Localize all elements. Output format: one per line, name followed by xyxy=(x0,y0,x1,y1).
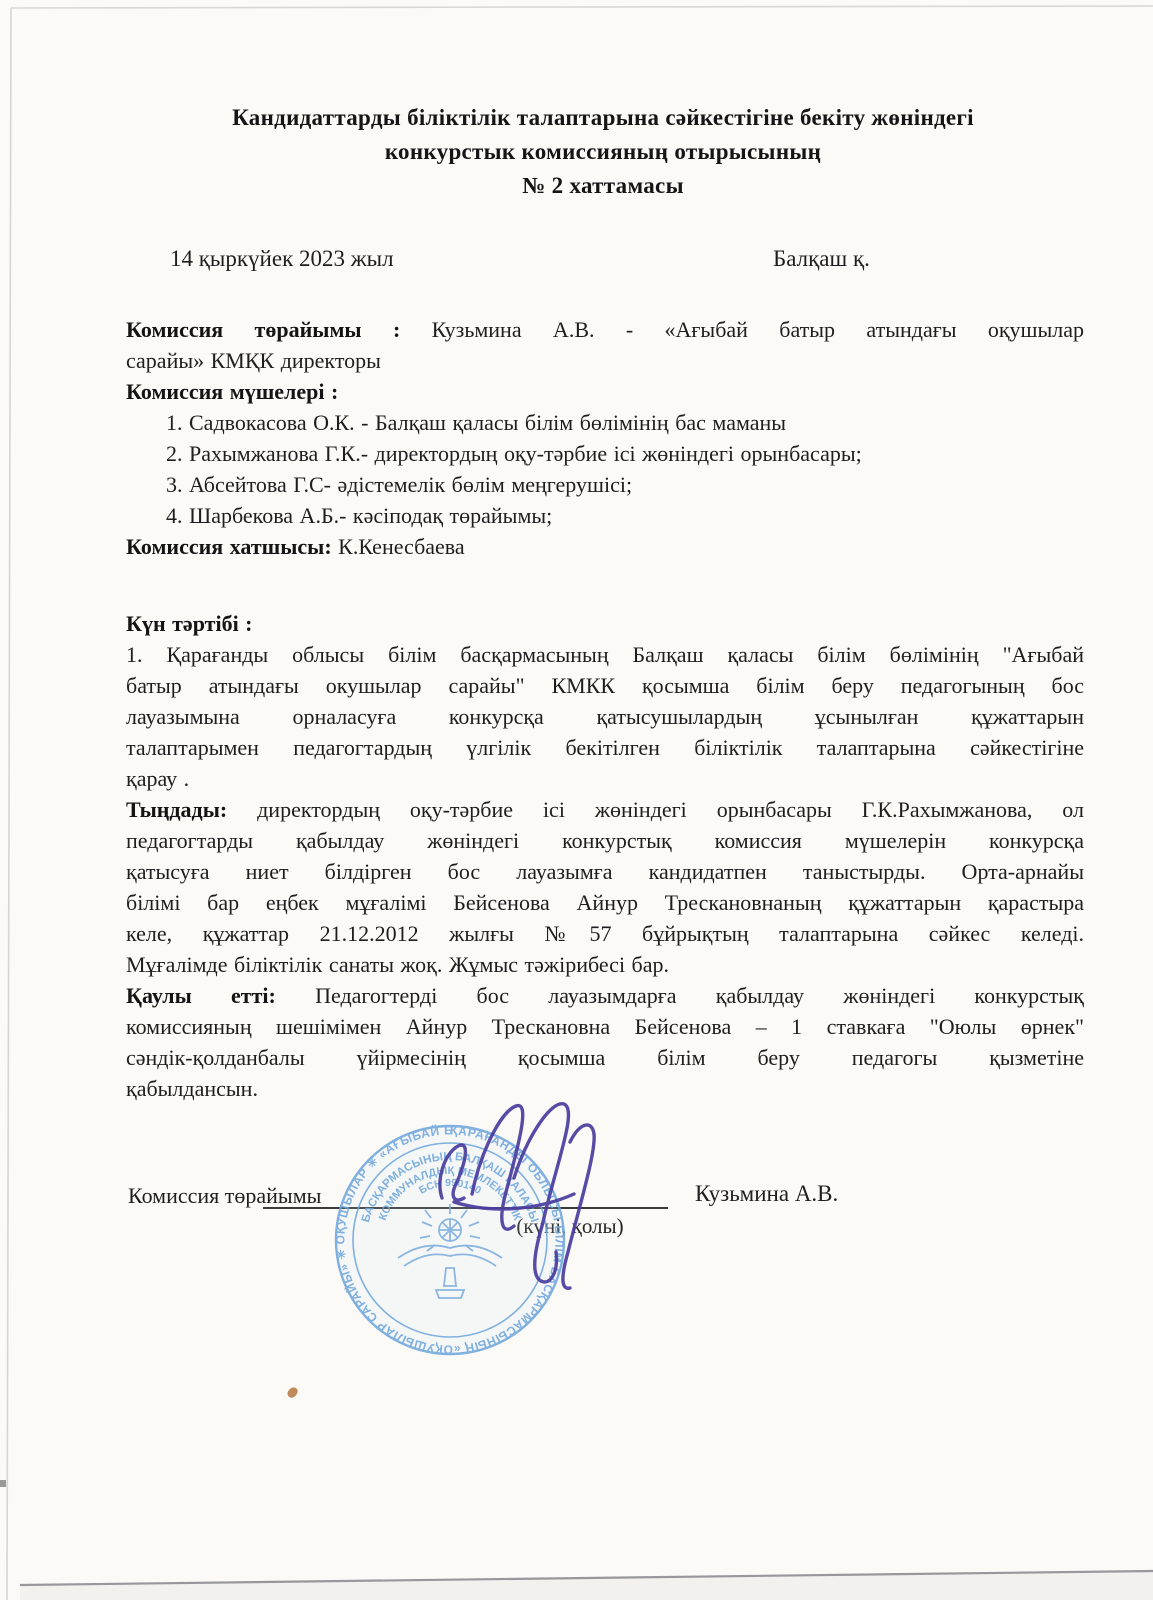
document-line: 1. Қарағанды облысы білім басқармасының … xyxy=(126,639,1084,670)
document-line: Комиссия төрайымы : Кузьмина А.В. - «Ағы… xyxy=(126,314,1084,345)
line-text: талаптарымен педагогтардың үлгілік бекіт… xyxy=(126,735,1084,760)
paper-speck xyxy=(286,1386,299,1400)
line-text: К.Кенесбаева xyxy=(332,534,465,559)
document-body: Комиссия төрайымы : Кузьмина А.В. - «Ағы… xyxy=(126,314,1084,1104)
line-text: білімі бар еңбек мұғалімі Бейсенова Айну… xyxy=(126,890,1084,915)
line-text: Педагогтерді бос лауазымдарға қабылдау ж… xyxy=(276,983,1084,1008)
document-line: педагогтарды қабылдау жөніндегі конкурст… xyxy=(126,825,1084,856)
line-lead-bold: Комиссия хатшысы: xyxy=(126,534,332,559)
document-line: қарау . xyxy=(126,763,1084,794)
line-text: қабылдансын. xyxy=(126,1076,258,1101)
document-line: 3. Абсейтова Г.С- әдістемелік бөлім меңг… xyxy=(126,469,1084,500)
line-text: 4. Шарбекова А.Б.- кәсіподақ төрайымы; xyxy=(166,503,552,528)
document-line: Қаулы етті: Педагогтерді бос лауазымдарғ… xyxy=(126,980,1084,1011)
line-text: сарайы» КМҚК директоры xyxy=(126,348,381,373)
document-line: келе, құжаттар 21.12.2012 жылғы №57 бұйр… xyxy=(126,918,1084,949)
line-text: 2. Рахымжанова Г.К.- директордың оқу-тәр… xyxy=(166,441,862,466)
line-text: 1. Садвокасова О.К. - Балқаш қаласы білі… xyxy=(166,410,786,435)
line-lead-bold: Қаулы етті: xyxy=(126,983,276,1008)
title-line-1: Кандидаттарды біліктілік талаптарына сәй… xyxy=(120,101,1086,135)
document-line: 4. Шарбекова А.Б.- кәсіподақ төрайымы; xyxy=(126,500,1084,531)
line-text: педагогтарды қабылдау жөніндегі конкурст… xyxy=(126,828,1084,853)
line-text: 3. Абсейтова Г.С- әдістемелік бөлім меңг… xyxy=(166,472,632,497)
document-line: білімі бар еңбек мұғалімі Бейсенова Айну… xyxy=(126,887,1084,918)
document-line: лауазымына орналасуға конкурсқа қатысушы… xyxy=(126,701,1084,732)
document-date: 14 қыркүйек 2023 жыл xyxy=(170,246,394,272)
line-lead-bold: Комиссия төрайымы : xyxy=(126,317,400,342)
document-line: талаптарымен педагогтардың үлгілік бекіт… xyxy=(126,732,1084,763)
line-text: лауазымына орналасуға конкурсқа қатысушы… xyxy=(126,704,1084,729)
scanned-document-page: Кандидаттарды біліктілік талаптарына сәй… xyxy=(0,0,1153,1600)
line-text: батыр атындағы окушылар сарайы" КМКК қос… xyxy=(126,673,1084,698)
line-text: қатысуға ниет білдірген бос лауазымға ка… xyxy=(126,859,1084,884)
line-text: қарау . xyxy=(126,766,189,791)
line-lead-bold: Комиссия мүшелері : xyxy=(126,379,338,404)
line-lead-bold: Тыңдады: xyxy=(126,797,227,822)
line-text: 1. Қарағанды облысы білім басқармасының … xyxy=(126,642,1084,667)
handwritten-signature xyxy=(430,1094,610,1304)
line-text: Мұғалімде біліктілік санаты жоқ. Жұмыс т… xyxy=(126,952,669,977)
document-line: комиссияның шешімімен Айнур Трескановна … xyxy=(126,1011,1084,1042)
document-line: 1. Садвокасова О.К. - Балқаш қаласы білі… xyxy=(126,407,1084,438)
document-line: сәндік-қолданбалы үйірмесінің қосымша бі… xyxy=(126,1042,1084,1073)
line-lead-bold: Күн тәртібі : xyxy=(126,611,253,636)
document-line: 2. Рахымжанова Г.К.- директордың оқу-тәр… xyxy=(126,438,1084,469)
title-line-2: конкурстык комиссияның отырысының xyxy=(120,135,1086,169)
document-title: Кандидаттарды біліктілік талаптарына сәй… xyxy=(120,101,1086,203)
document-line: Күн тәртібі : xyxy=(126,608,1084,639)
line-text: директордың оқу-тәрбие ісі жөніндегі оры… xyxy=(227,797,1084,822)
signature-name: Кузьмина А.В. xyxy=(695,1181,838,1207)
line-text: Кузьмина А.В. - «Ағыбай батыр атындағы о… xyxy=(400,317,1084,342)
document-line: сарайы» КМҚК директоры xyxy=(126,345,1084,376)
line-text: сәндік-қолданбалы үйірмесінің қосымша бі… xyxy=(126,1045,1084,1070)
line-text: комиссияның шешімімен Айнур Трескановна … xyxy=(126,1014,1084,1039)
document-line: Комиссия мүшелері : xyxy=(126,376,1084,407)
title-line-3: № 2 хаттамасы xyxy=(120,169,1086,203)
document-line: Тыңдады: директордың оқу-тәрбие ісі жөні… xyxy=(126,794,1084,825)
document-line: Комиссия хатшысы: К.Кенесбаева xyxy=(126,531,1084,562)
line-text: келе, құжаттар 21.12.2012 жылғы №57 бұйр… xyxy=(126,921,1084,946)
document-line: қатысуға ниет білдірген бос лауазымға ка… xyxy=(126,856,1084,887)
document-line: батыр атындағы окушылар сарайы" КМКК қос… xyxy=(126,670,1084,701)
document-line: Мұғалімде біліктілік санаты жоқ. Жұмыс т… xyxy=(126,949,1084,980)
document-city: Балқаш қ. xyxy=(773,246,870,272)
